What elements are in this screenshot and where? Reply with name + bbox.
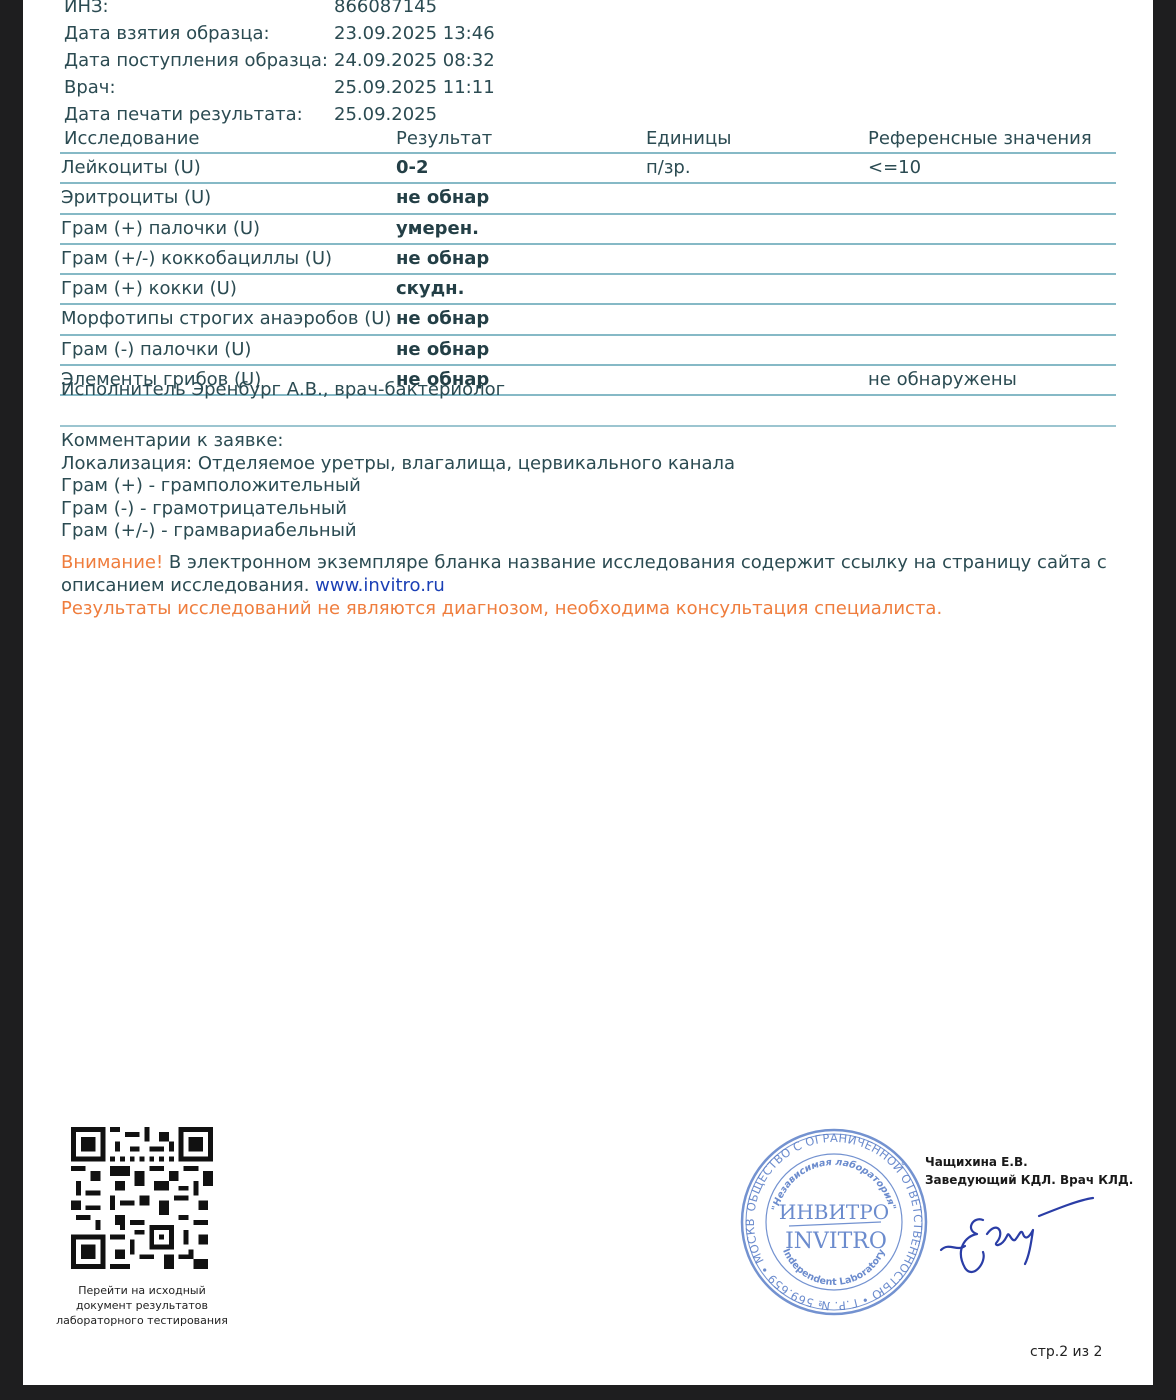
units-value: п/зр.	[646, 157, 691, 178]
test-name-link[interactable]: Грам (-) палочки (U)	[61, 339, 251, 360]
meta-value: 25.09.2025	[334, 104, 437, 126]
result-value: не обнар	[396, 187, 489, 208]
meta-label: Дата поступления образца:	[64, 50, 328, 72]
table-row: Грам (+) кокки (U) скудн.	[60, 275, 1116, 305]
document-page: ИНЗ: 866087145 Дата взятия образца: 23.0…	[23, 0, 1153, 1385]
page-number: стр.2 из 2	[1030, 1344, 1102, 1360]
result-value: 0-2	[396, 157, 429, 178]
table-row: Эритроциты (U) не обнар	[60, 184, 1116, 214]
result-value: не обнар	[396, 248, 489, 269]
table-row: Лейкоциты (U) 0-2 п/зр. <=10	[60, 154, 1116, 184]
comments-title: Комментарии к заявке:	[61, 430, 735, 453]
divider	[60, 425, 1116, 427]
results-table: Исследование Результат Единицы Референсн…	[60, 126, 1116, 396]
table-row: Грам (-) палочки (U) не обнар	[60, 336, 1116, 366]
result-value: не обнар	[396, 339, 489, 360]
header-units: Единицы	[646, 128, 731, 149]
table-row: Грам (+/-) коккобациллы (U) не обнар	[60, 245, 1116, 275]
test-name-link[interactable]: Грам (+) палочки (U)	[61, 218, 260, 239]
test-name-link[interactable]: Лейкоциты (U)	[61, 157, 201, 178]
header-reference: Референсные значения	[868, 128, 1092, 149]
disclaimer-text: Результаты исследований не являются диаг…	[61, 598, 1121, 621]
qr-caption: Перейти на исходный документ результатов…	[53, 1283, 231, 1328]
result-value: скудн.	[396, 278, 464, 299]
invitro-link[interactable]: www.invitro.ru	[315, 575, 445, 596]
meta-label: Дата взятия образца:	[64, 23, 270, 45]
reference-value: не обнаружены	[868, 369, 1017, 390]
reference-value: <=10	[868, 157, 921, 178]
signer-block: Чащихина Е.В. Заведующий КДЛ. Врач КЛД.	[925, 1153, 1133, 1189]
qr-caption-line: лабораторного тестирования	[53, 1313, 231, 1328]
performer-line: Исполнитель Эренбург А.В., врач-бактерио…	[61, 379, 505, 400]
meta-label: ИНЗ:	[64, 0, 109, 18]
meta-value: 25.09.2025 11:11	[334, 77, 495, 99]
order-comments: Комментарии к заявке: Локализация: Отдел…	[61, 430, 735, 543]
comment-line: Грам (+/-) - грамвариабельный	[61, 520, 735, 543]
test-name-link[interactable]: Эритроциты (U)	[61, 187, 211, 208]
notice-text: В электронном экземпляре бланка название…	[61, 552, 1107, 596]
qr-block: Перейти на исходный документ результатов…	[53, 1127, 231, 1328]
qr-code-icon[interactable]	[71, 1127, 213, 1269]
table-header: Исследование Результат Единицы Референсн…	[60, 126, 1116, 154]
result-value: не обнар	[396, 308, 489, 329]
test-name-link[interactable]: Морфотипы строгих анаэробов (U)	[61, 308, 391, 329]
header-test: Исследование	[64, 128, 199, 149]
svg-text:ИНВИТРО: ИНВИТРО	[779, 1200, 889, 1224]
meta-value: 23.09.2025 13:46	[334, 23, 495, 45]
attention-label: Внимание!	[61, 552, 163, 573]
meta-label: Врач:	[64, 77, 116, 99]
qr-caption-line: документ результатов	[53, 1298, 231, 1313]
comment-line: Локализация: Отделяемое уретры, влагалищ…	[61, 453, 735, 476]
signer-title: Заведующий КДЛ. Врач КЛД.	[925, 1171, 1133, 1189]
comment-line: Грам (+) - грамположительный	[61, 475, 735, 498]
notice-block: Внимание! В электронном экземпляре бланк…	[61, 552, 1121, 620]
signature-icon	[935, 1190, 1095, 1285]
invitro-stamp-icon: ОБЩЕСТВО С ОГРАНИЧЕННОЙ ОТВЕТСТВЕННОСТЬЮ…	[739, 1122, 929, 1322]
meta-value: 866087145	[334, 0, 437, 18]
meta-label: Дата печати результата:	[64, 104, 303, 126]
test-name-link[interactable]: Грам (+) кокки (U)	[61, 278, 237, 299]
test-name-link[interactable]: Грам (+/-) коккобациллы (U)	[61, 248, 332, 269]
svg-text:INVITRO: INVITRO	[785, 1229, 887, 1254]
comment-line: Грам (-) - грамотрицательный	[61, 498, 735, 521]
table-row: Морфотипы строгих анаэробов (U) не обнар	[60, 305, 1116, 335]
signer-name: Чащихина Е.В.	[925, 1153, 1133, 1171]
result-value: умерен.	[396, 218, 479, 239]
meta-value: 24.09.2025 08:32	[334, 50, 495, 72]
table-row: Грам (+) палочки (U) умерен.	[60, 215, 1116, 245]
header-result: Результат	[396, 128, 492, 149]
qr-caption-line: Перейти на исходный	[53, 1283, 231, 1298]
